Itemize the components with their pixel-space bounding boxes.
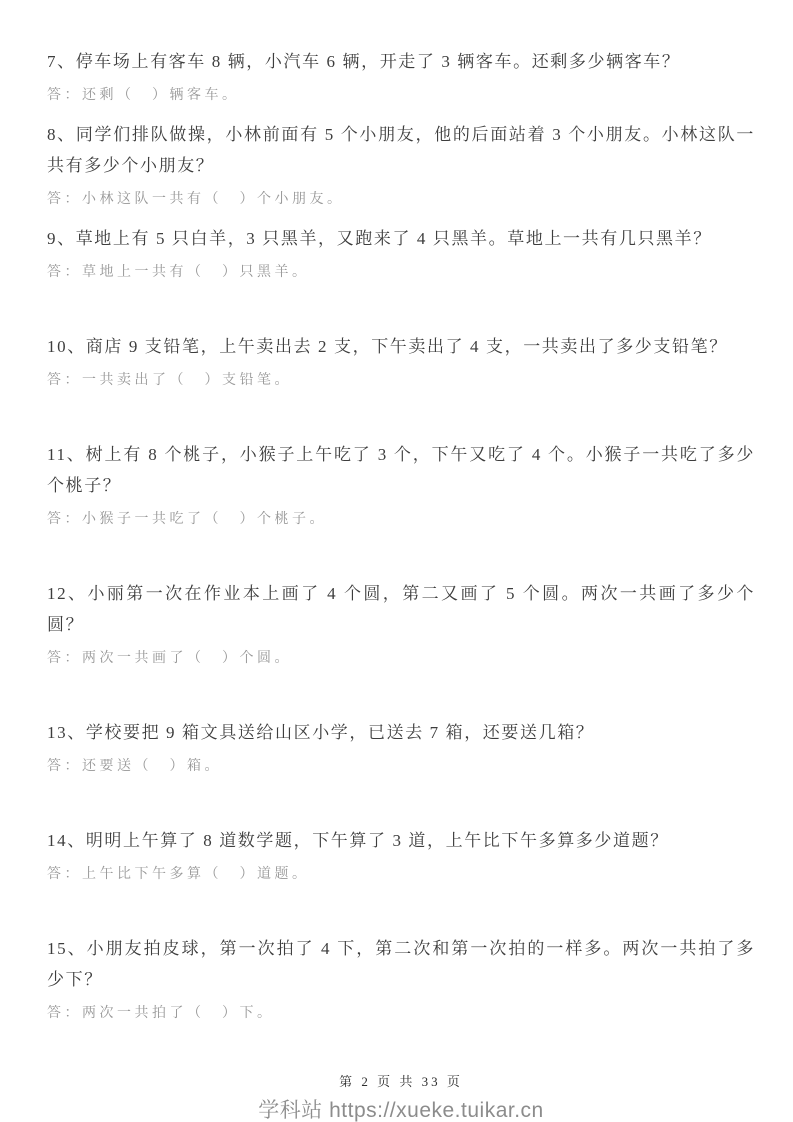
problem-list: 7、停车场上有客车 8 辆，小汽车 6 辆，开走了 3 辆客车。还剩多少辆客车？…	[47, 46, 755, 1024]
problem-block: 11、树上有 8 个桃子，小猴子上午吃了 3 个，下午又吃了 4 个。小猴子一共…	[47, 439, 755, 530]
problem-block: 10、商店 9 支铅笔，上午卖出去 2 支，下午卖出了 4 支，一共卖出了多少支…	[47, 331, 755, 391]
problem-number: 14、	[47, 831, 86, 850]
problem-question: 14、明明上午算了 8 道数学题，下午算了 3 道，上午比下午多算多少道题？	[47, 825, 755, 856]
watermark-site-name: 学科站	[258, 1099, 323, 1122]
problem-text: 同学们排队做操，小林前面有 5 个小朋友，他的后面站着 3 个小朋友。小林这队一…	[47, 125, 755, 175]
problem-block: 13、学校要把 9 箱文具送给山区小学，已送去 7 箱，还要送几箱？答：还要送（…	[47, 717, 755, 777]
problem-block: 8、同学们排队做操，小林前面有 5 个小朋友，他的后面站着 3 个小朋友。小林这…	[47, 119, 755, 210]
problem-number: 11、	[47, 445, 86, 464]
answer-line: 答：还要送（ ）箱。	[47, 757, 755, 777]
problem-text: 停车场上有客车 8 辆，小汽车 6 辆，开走了 3 辆客车。还剩多少辆客车？	[76, 52, 681, 71]
answer-line: 答：上午比下午多算（ ）道题。	[47, 865, 755, 885]
answer-line: 答：还剩（ ）辆客车。	[47, 86, 755, 106]
page-indicator: 第 2 页 共 33 页	[47, 1072, 755, 1092]
worksheet-page: 7、停车场上有客车 8 辆，小汽车 6 辆，开走了 3 辆客车。还剩多少辆客车？…	[0, 0, 793, 1122]
problem-question: 10、商店 9 支铅笔，上午卖出去 2 支，下午卖出了 4 支，一共卖出了多少支…	[47, 331, 755, 362]
answer-line: 答：两次一共画了（ ）个圆。	[47, 649, 755, 669]
problem-question: 8、同学们排队做操，小林前面有 5 个小朋友，他的后面站着 3 个小朋友。小林这…	[47, 119, 755, 181]
answer-line: 答：两次一共拍了（ ）下。	[47, 1004, 755, 1024]
problem-number: 8、	[47, 125, 76, 144]
problem-question: 7、停车场上有客车 8 辆，小汽车 6 辆，开走了 3 辆客车。还剩多少辆客车？	[47, 46, 755, 77]
problem-block: 14、明明上午算了 8 道数学题，下午算了 3 道，上午比下午多算多少道题？答：…	[47, 825, 755, 885]
page-footer: 第 2 页 共 33 页 学科站 https://xueke.tuikar.cn	[47, 1072, 755, 1122]
problem-text: 明明上午算了 8 道数学题，下午算了 3 道，上午比下午多算多少道题？	[86, 831, 669, 850]
answer-line: 答：小林这队一共有（ ）个小朋友。	[47, 190, 755, 210]
problem-number: 13、	[47, 723, 86, 742]
problem-text: 小丽第一次在作业本上画了 4 个圆，第二又画了 5 个圆。两次一共画了多少个圆？	[47, 584, 755, 634]
problem-number: 9、	[47, 229, 76, 248]
problem-number: 7、	[47, 52, 76, 71]
answer-line: 答：一共卖出了（ ）支铅笔。	[47, 371, 755, 391]
problem-question: 11、树上有 8 个桃子，小猴子上午吃了 3 个，下午又吃了 4 个。小猴子一共…	[47, 439, 755, 501]
problem-number: 12、	[47, 584, 87, 603]
problem-question: 15、小朋友拍皮球，第一次拍了 4 下，第二次和第一次拍的一样多。两次一共拍了多…	[47, 933, 755, 995]
watermark: 学科站 https://xueke.tuikar.cn	[47, 1098, 755, 1122]
answer-line: 答：小猴子一共吃了（ ）个桃子。	[47, 510, 755, 530]
problem-block: 12、小丽第一次在作业本上画了 4 个圆，第二又画了 5 个圆。两次一共画了多少…	[47, 578, 755, 669]
problem-text: 草地上有 5 只白羊，3 只黑羊，又跑来了 4 只黑羊。草地上一共有几只黑羊？	[76, 229, 712, 248]
problem-question: 9、草地上有 5 只白羊，3 只黑羊，又跑来了 4 只黑羊。草地上一共有几只黑羊…	[47, 223, 755, 254]
problem-block: 9、草地上有 5 只白羊，3 只黑羊，又跑来了 4 只黑羊。草地上一共有几只黑羊…	[47, 223, 755, 283]
problem-text: 学校要把 9 箱文具送给山区小学，已送去 7 箱，还要送几箱？	[86, 723, 595, 742]
answer-line: 答：草地上一共有（ ）只黑羊。	[47, 263, 755, 283]
problem-block: 15、小朋友拍皮球，第一次拍了 4 下，第二次和第一次拍的一样多。两次一共拍了多…	[47, 933, 755, 1024]
problem-number: 15、	[47, 939, 87, 958]
problem-text: 商店 9 支铅笔，上午卖出去 2 支，下午卖出了 4 支，一共卖出了多少支铅笔？	[86, 337, 728, 356]
problem-text: 小朋友拍皮球，第一次拍了 4 下，第二次和第一次拍的一样多。两次一共拍了多少下？	[47, 939, 755, 989]
problem-block: 7、停车场上有客车 8 辆，小汽车 6 辆，开走了 3 辆客车。还剩多少辆客车？…	[47, 46, 755, 106]
problem-question: 12、小丽第一次在作业本上画了 4 个圆，第二又画了 5 个圆。两次一共画了多少…	[47, 578, 755, 640]
problem-question: 13、学校要把 9 箱文具送给山区小学，已送去 7 箱，还要送几箱？	[47, 717, 755, 748]
watermark-url: https://xueke.tuikar.cn	[329, 1099, 544, 1122]
problem-text: 树上有 8 个桃子，小猴子上午吃了 3 个，下午又吃了 4 个。小猴子一共吃了多…	[47, 445, 755, 495]
problem-number: 10、	[47, 337, 86, 356]
